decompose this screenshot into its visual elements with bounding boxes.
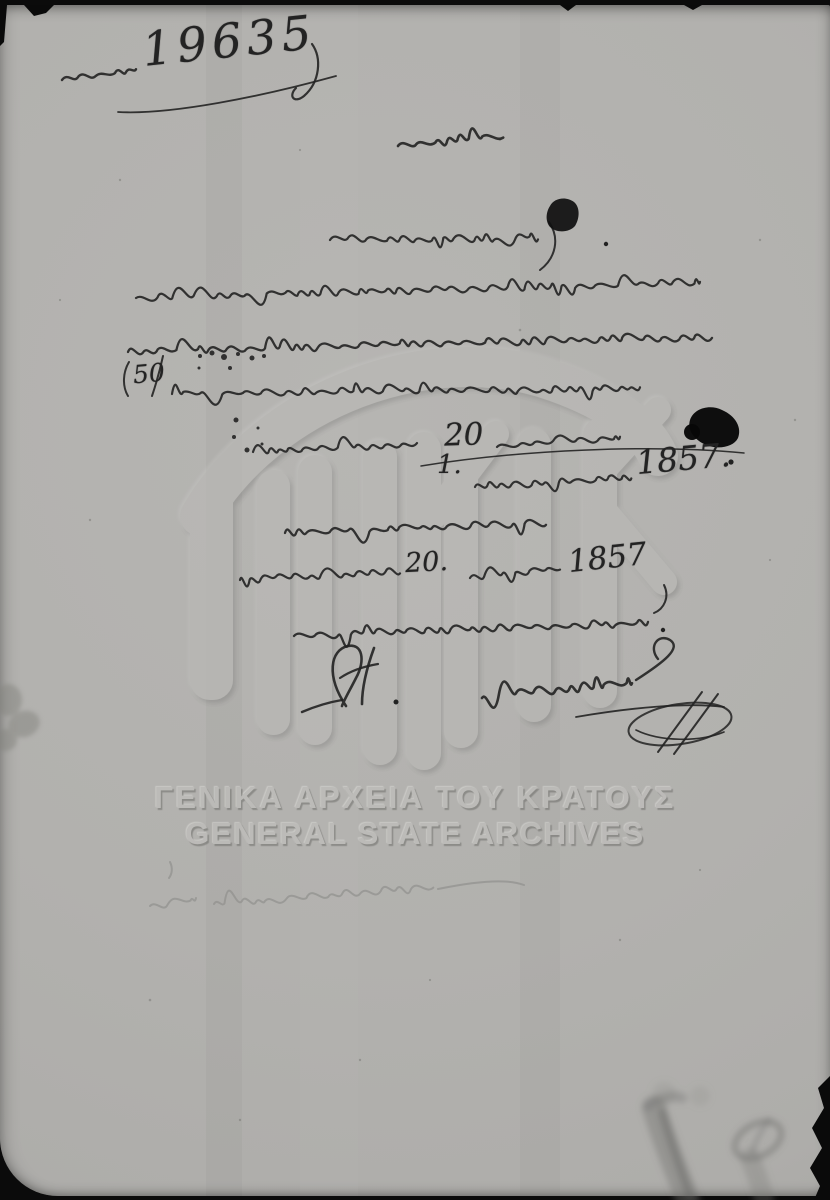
logo-bar <box>298 455 332 745</box>
stain <box>0 684 22 716</box>
scan-edge-rag <box>684 5 702 10</box>
handwriting-stroke <box>398 128 503 146</box>
pencil-accent <box>169 862 172 878</box>
paper-stains <box>0 684 43 751</box>
handwriting-salutation <box>330 234 538 248</box>
logo-bar <box>257 470 290 735</box>
paraph-oval <box>626 696 735 752</box>
period-dot <box>394 700 399 705</box>
handwriting-stroke <box>150 898 196 908</box>
handwriting-docket-word <box>398 128 503 146</box>
logo-bar <box>407 432 441 770</box>
scan-frame: ΓΕΝΙΚΑ ΑΡΧΕΙΑ ΤΟΥ ΚΡΑΤΟΥΣ GENERAL STATE … <box>0 0 830 1200</box>
ink-smudge-group <box>648 1082 788 1200</box>
ref-underline-flourish <box>118 76 336 112</box>
handwriting-stroke <box>330 234 538 248</box>
period-dot <box>661 628 665 632</box>
january-year: 1857. <box>635 438 732 479</box>
amount-drachmas: 50 <box>132 360 166 388</box>
paraph-inner <box>636 730 724 739</box>
scan-edge-notch <box>24 5 54 16</box>
receipt-year: 1857 <box>567 539 649 578</box>
logo-bar <box>363 440 397 765</box>
smudge <box>690 1086 710 1106</box>
signature-initial-H <box>333 646 362 706</box>
handwriting-ref-prefix <box>62 69 136 80</box>
handwriting-pencil-note <box>214 886 433 905</box>
ink-blot <box>547 199 579 232</box>
february-day: 1. <box>437 452 462 478</box>
salutation-paren <box>540 222 555 270</box>
logo-bar <box>190 480 233 700</box>
smudge <box>750 1158 764 1200</box>
handwriting-pencil-note <box>150 898 196 908</box>
handwriting-stroke <box>62 69 136 80</box>
january-day: 20 <box>443 419 484 451</box>
handwriting-stroke <box>136 275 700 305</box>
pencil-tail <box>438 881 524 889</box>
handwriting-body-line-1 <box>136 275 700 305</box>
signature-end-flourish <box>636 638 674 680</box>
period-dot <box>604 242 608 246</box>
handwriting-stroke <box>214 886 433 905</box>
scan-artwork <box>0 0 830 1200</box>
amount-paren-open <box>124 362 129 396</box>
scan-edge-rag <box>560 5 576 11</box>
scan-edge-right-bottom <box>810 1076 830 1200</box>
scan-edge-left <box>0 5 7 46</box>
receipt-day: 20. <box>404 548 448 577</box>
